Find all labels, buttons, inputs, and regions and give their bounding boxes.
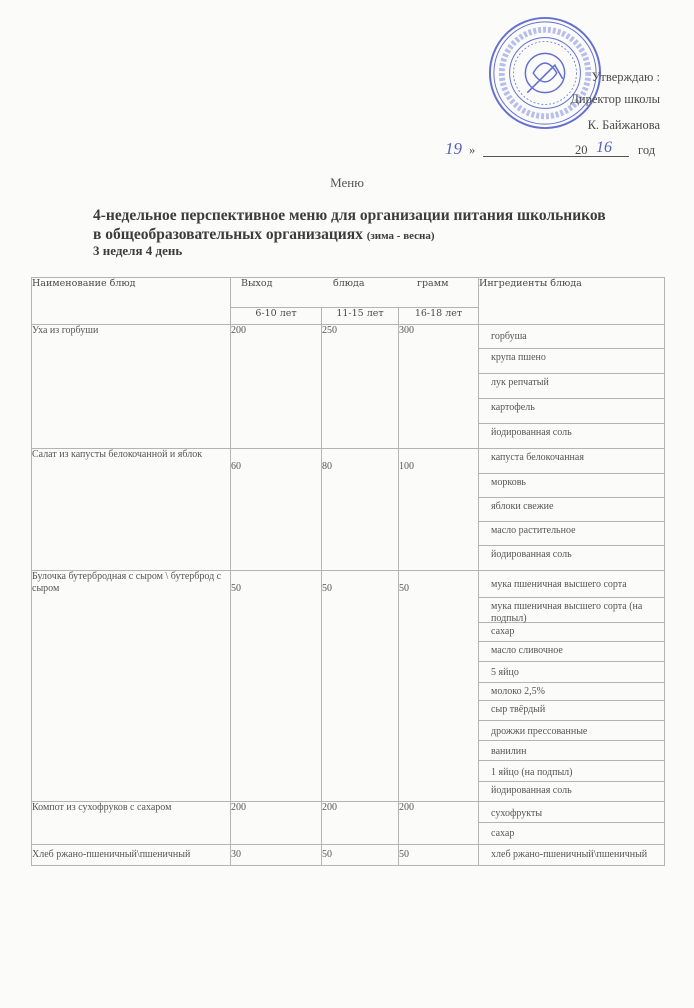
page-title: 4-недельное перспективное меню для орган…: [93, 206, 683, 246]
qty-11-15: 50: [322, 845, 399, 866]
date-day: 19: [445, 139, 462, 159]
date-year-prefix: 20: [575, 143, 588, 158]
table-row: Булочка бутербродная с сыром \ бутерброд…: [32, 571, 665, 802]
ingredient: 1 яйцо (на подпыл): [479, 761, 664, 782]
ingredient: дрожжи прессованные: [479, 721, 664, 741]
ingredients-cell: мука пшеничная высшего сорта мука пшенич…: [479, 571, 665, 802]
header-age-16-18: 16-18 лет: [399, 308, 479, 325]
title-line-1: 4-недельное перспективное меню для орган…: [93, 206, 683, 225]
header-yield-word-2: блюда: [333, 278, 417, 289]
ingredient: хлеб ржано-пшеничный\пшеничный: [479, 845, 664, 865]
ingredient: йодированная соль: [479, 782, 664, 801]
qty-6-10: 200: [231, 802, 322, 845]
ingredients-cell: хлеб ржано-пшеничный\пшеничный: [479, 845, 665, 866]
date-quote: »: [469, 143, 475, 158]
title-line-2-text: в общеобразовательных организациях: [93, 226, 367, 243]
qty-16-18: 300: [399, 325, 479, 449]
header-dish-name: Наименование блюд: [32, 278, 231, 325]
approval-signatory: К. Байжанова: [588, 118, 660, 133]
dish-name: Компот из сухофруков с сахаром: [32, 802, 231, 845]
date-year-suffix: 16: [596, 139, 612, 157]
dish-name: Хлеб ржано-пшеничный\пшеничный: [32, 845, 231, 866]
ingredient: сыр твёрдый: [479, 701, 664, 721]
header-age-11-15: 11-15 лет: [322, 308, 399, 325]
official-stamp-icon: [486, 14, 604, 132]
qty-6-10: 30: [231, 845, 322, 866]
qty-16-18: 50: [399, 845, 479, 866]
dish-name: Салат из капусты белокочанной и яблок: [32, 449, 231, 571]
table-row: Салат из капусты белокочанной и яблок 60…: [32, 449, 665, 571]
ingredient: мука пшеничная высшего сорта: [479, 571, 664, 598]
approval-position: Директор школы: [570, 92, 660, 107]
header-ingredients: Ингредиенты блюда: [479, 278, 665, 325]
date-year-word: год: [638, 143, 655, 158]
ingredient: масло сливочное: [479, 642, 664, 662]
header-yield-word-1: Выход: [241, 278, 333, 289]
qty-6-10: 50: [231, 571, 322, 802]
qty-16-18: 100: [399, 449, 479, 571]
qty-11-15: 200: [322, 802, 399, 845]
ingredient: молоко 2,5%: [479, 683, 664, 701]
qty-11-15: 50: [322, 571, 399, 802]
menu-label: Меню: [0, 175, 694, 191]
ingredient: сахар: [479, 823, 664, 844]
header-age-6-10: 6-10 лет: [231, 308, 322, 325]
approval-approve-label: Утверждаю :: [592, 70, 660, 85]
ingredients-cell: горбуша крупа пшено лук репчатый картофе…: [479, 325, 665, 449]
ingredient: капуста белокочанная: [479, 449, 664, 474]
season-label: (зима - весна): [367, 230, 435, 242]
table-row: Компот из сухофруков с сахаром 200 200 2…: [32, 802, 665, 845]
header-row: Наименование блюд Выход блюда грамм Ингр…: [32, 278, 665, 308]
table-row: Уха из горбуши 200 250 300 горбуша крупа…: [32, 325, 665, 449]
qty-16-18: 200: [399, 802, 479, 845]
ingredient: морковь: [479, 474, 664, 498]
dish-name: Уха из горбуши: [32, 325, 231, 449]
ingredient: йодированная соль: [479, 546, 664, 570]
ingredient: сухофрукты: [479, 802, 664, 823]
header-yield-word-3: грамм: [417, 278, 449, 289]
ingredient: горбуша: [479, 325, 664, 349]
table-row: Хлеб ржано-пшеничный\пшеничный 30 50 50 …: [32, 845, 665, 866]
week-day-label: 3 неделя 4 день: [93, 243, 182, 259]
ingredient: масло растительное: [479, 522, 664, 546]
dish-name: Булочка бутербродная с сыром \ бутерброд…: [32, 571, 231, 802]
ingredient: яблоки свежие: [479, 498, 664, 522]
ingredient: сахар: [479, 623, 664, 642]
menu-table: Наименование блюд Выход блюда грамм Ингр…: [31, 277, 665, 866]
ingredient: лук репчатый: [479, 374, 664, 399]
ingredient: крупа пшено: [479, 349, 664, 374]
qty-11-15: 80: [322, 449, 399, 571]
ingredients-cell: капуста белокочанная морковь яблоки свеж…: [479, 449, 665, 571]
qty-16-18: 50: [399, 571, 479, 802]
qty-11-15: 250: [322, 325, 399, 449]
header-yield: Выход блюда грамм: [231, 278, 479, 308]
qty-6-10: 200: [231, 325, 322, 449]
ingredient: мука пшеничная высшего сорта (на подпыл): [479, 598, 664, 623]
ingredient: 5 яйцо: [479, 662, 664, 683]
ingredient: ванилин: [479, 741, 664, 761]
qty-6-10: 60: [231, 449, 322, 571]
ingredients-cell: сухофрукты сахар: [479, 802, 665, 845]
ingredient: картофель: [479, 399, 664, 424]
ingredient: йодированная соль: [479, 424, 664, 448]
